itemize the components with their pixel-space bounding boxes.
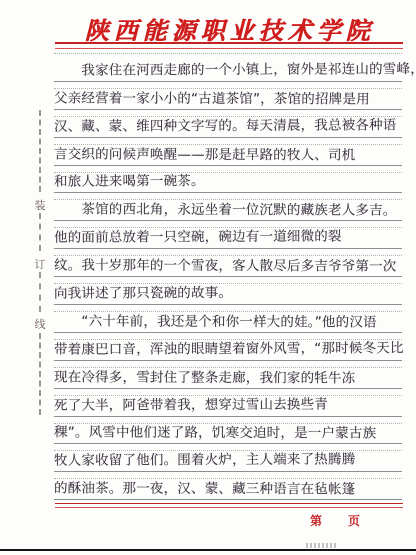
handwritten-text: 带着康巴口音，浑浊的眼睛望着窗外风雪，“那时候冬天比 xyxy=(54,339,402,360)
header-red-rule xyxy=(55,42,403,49)
handwritten-text: 茶馆的西北角，永远坐着一位沉默的藏族老人多吉。 xyxy=(54,201,402,221)
handwritten-text: 我家住在河西走廊的一个小镇上，窗外是祁连山的雪峰， xyxy=(54,60,402,81)
essay-line: 和旅人进来喝第一碗茶。 xyxy=(54,166,402,194)
handwritten-text: “六十年前，我还是个和你一样大的娃。”他的汉语 xyxy=(54,312,402,332)
handwritten-text: 言交织的问候声唤醒——那是赶早路的牧人、司机 xyxy=(54,145,402,165)
binding-dashed-line xyxy=(39,333,41,415)
essay-line: 牧人家收留了他们。围着火炉，主人端来了热腾腾 xyxy=(54,444,402,472)
binding-label-xian: 线 xyxy=(33,316,47,332)
handwritten-text: 现在冷得多，雪封住了整条走廊，我们家的牦牛冻 xyxy=(54,368,402,388)
essay-line: 死了大半，阿爸带着我，想穿过雪山去换些青 xyxy=(54,389,402,417)
handwritten-text: 向我讲述了那只瓷碗的故事。 xyxy=(54,283,402,304)
footer-red-rule xyxy=(55,503,403,508)
handwritten-text: 父亲经营着一家小小的“古道茶馆”，茶馆的招牌是用 xyxy=(54,89,402,109)
page-label-di: 第 xyxy=(310,512,322,529)
binding-dashed-line xyxy=(39,213,41,251)
binding-label-ding: 订 xyxy=(33,256,47,272)
school-name-title: 陕西能源职业技术学院 xyxy=(55,11,404,46)
essay-line: 汉、藏、蒙、维四种文字写的。每天清晨，我总被各种语 xyxy=(54,110,402,138)
essay-line: “六十年前，我还是个和你一样大的娃。”他的汉语 xyxy=(54,305,402,333)
scan-edge-line xyxy=(0,549,416,551)
page-number-footer: 第 页 xyxy=(310,512,360,529)
essay-line: 父亲经营着一家小小的“古道茶馆”，茶馆的招牌是用 xyxy=(54,82,402,110)
handwritten-text: 牧人家收留了他们。围着火炉，主人端来了热腾腾 xyxy=(54,451,402,472)
handwritten-text: 死了大半，阿爸带着我，想穿过雪山去换些青 xyxy=(54,395,402,416)
binding-dashed-line xyxy=(39,272,41,312)
handwritten-text: 汉、藏、蒙、维四种文字写的。每天清晨，我总被各种语 xyxy=(54,116,402,137)
essay-line: 向我讲述了那只瓷碗的故事。 xyxy=(54,277,402,305)
essay-line: 带着康巴口音，浑浊的眼睛望着窗外风雪，“那时候冬天比 xyxy=(54,333,402,361)
handwritten-text: 纹。我十岁那年的一个雪夜，客人散尽后多吉爷爷第一次 xyxy=(54,257,402,277)
scan-smudge-artifact xyxy=(306,543,336,548)
handwritten-text: 和旅人进来喝第一碗茶。 xyxy=(54,172,402,193)
essay-line: 他的面前总放着一只空碗，碗边有一道细微的裂 xyxy=(54,221,402,249)
page-label-ye: 页 xyxy=(348,512,360,529)
handwritten-text: 的酥油茶。那一夜，汉、蒙、藏三种语言在毡帐篷 xyxy=(54,480,402,500)
essay-line: 纹。我十岁那年的一个雪夜，客人散尽后多吉爷爷第一次 xyxy=(54,249,402,277)
scanned-essay-page: { "header": { "school_name": "陕西能源职业技术学院… xyxy=(0,0,416,555)
essay-line: 稞”。风雪中他们迷了路，饥寒交迫时，是一户蒙古族 xyxy=(54,417,402,445)
binding-label-zhuang: 装 xyxy=(33,197,47,213)
essay-line: 的酥油茶。那一夜，汉、蒙、藏三种语言在毡帐篷 xyxy=(54,472,402,500)
writing-area: 我家住在河西走廊的一个小镇上，窗外是祁连山的雪峰， 父亲经营着一家小小的“古道茶… xyxy=(54,53,402,500)
essay-line: 现在冷得多，雪封住了整条走廊，我们家的牦牛冻 xyxy=(54,361,402,389)
essay-line: 我家住在河西走廊的一个小镇上，窗外是祁连山的雪峰， xyxy=(54,54,402,82)
binding-dashed-line xyxy=(39,110,41,192)
handwritten-text: 稞”。风雪中他们迷了路，饥寒交迫时，是一户蒙古族 xyxy=(54,424,402,444)
essay-line: 言交织的问候声唤醒——那是赶早路的牧人、司机 xyxy=(54,138,402,166)
handwritten-text: 他的面前总放着一只空碗，碗边有一道细微的裂 xyxy=(54,227,402,248)
essay-line: 茶馆的西北角，永远坐着一位沉默的藏族老人多吉。 xyxy=(54,193,402,221)
